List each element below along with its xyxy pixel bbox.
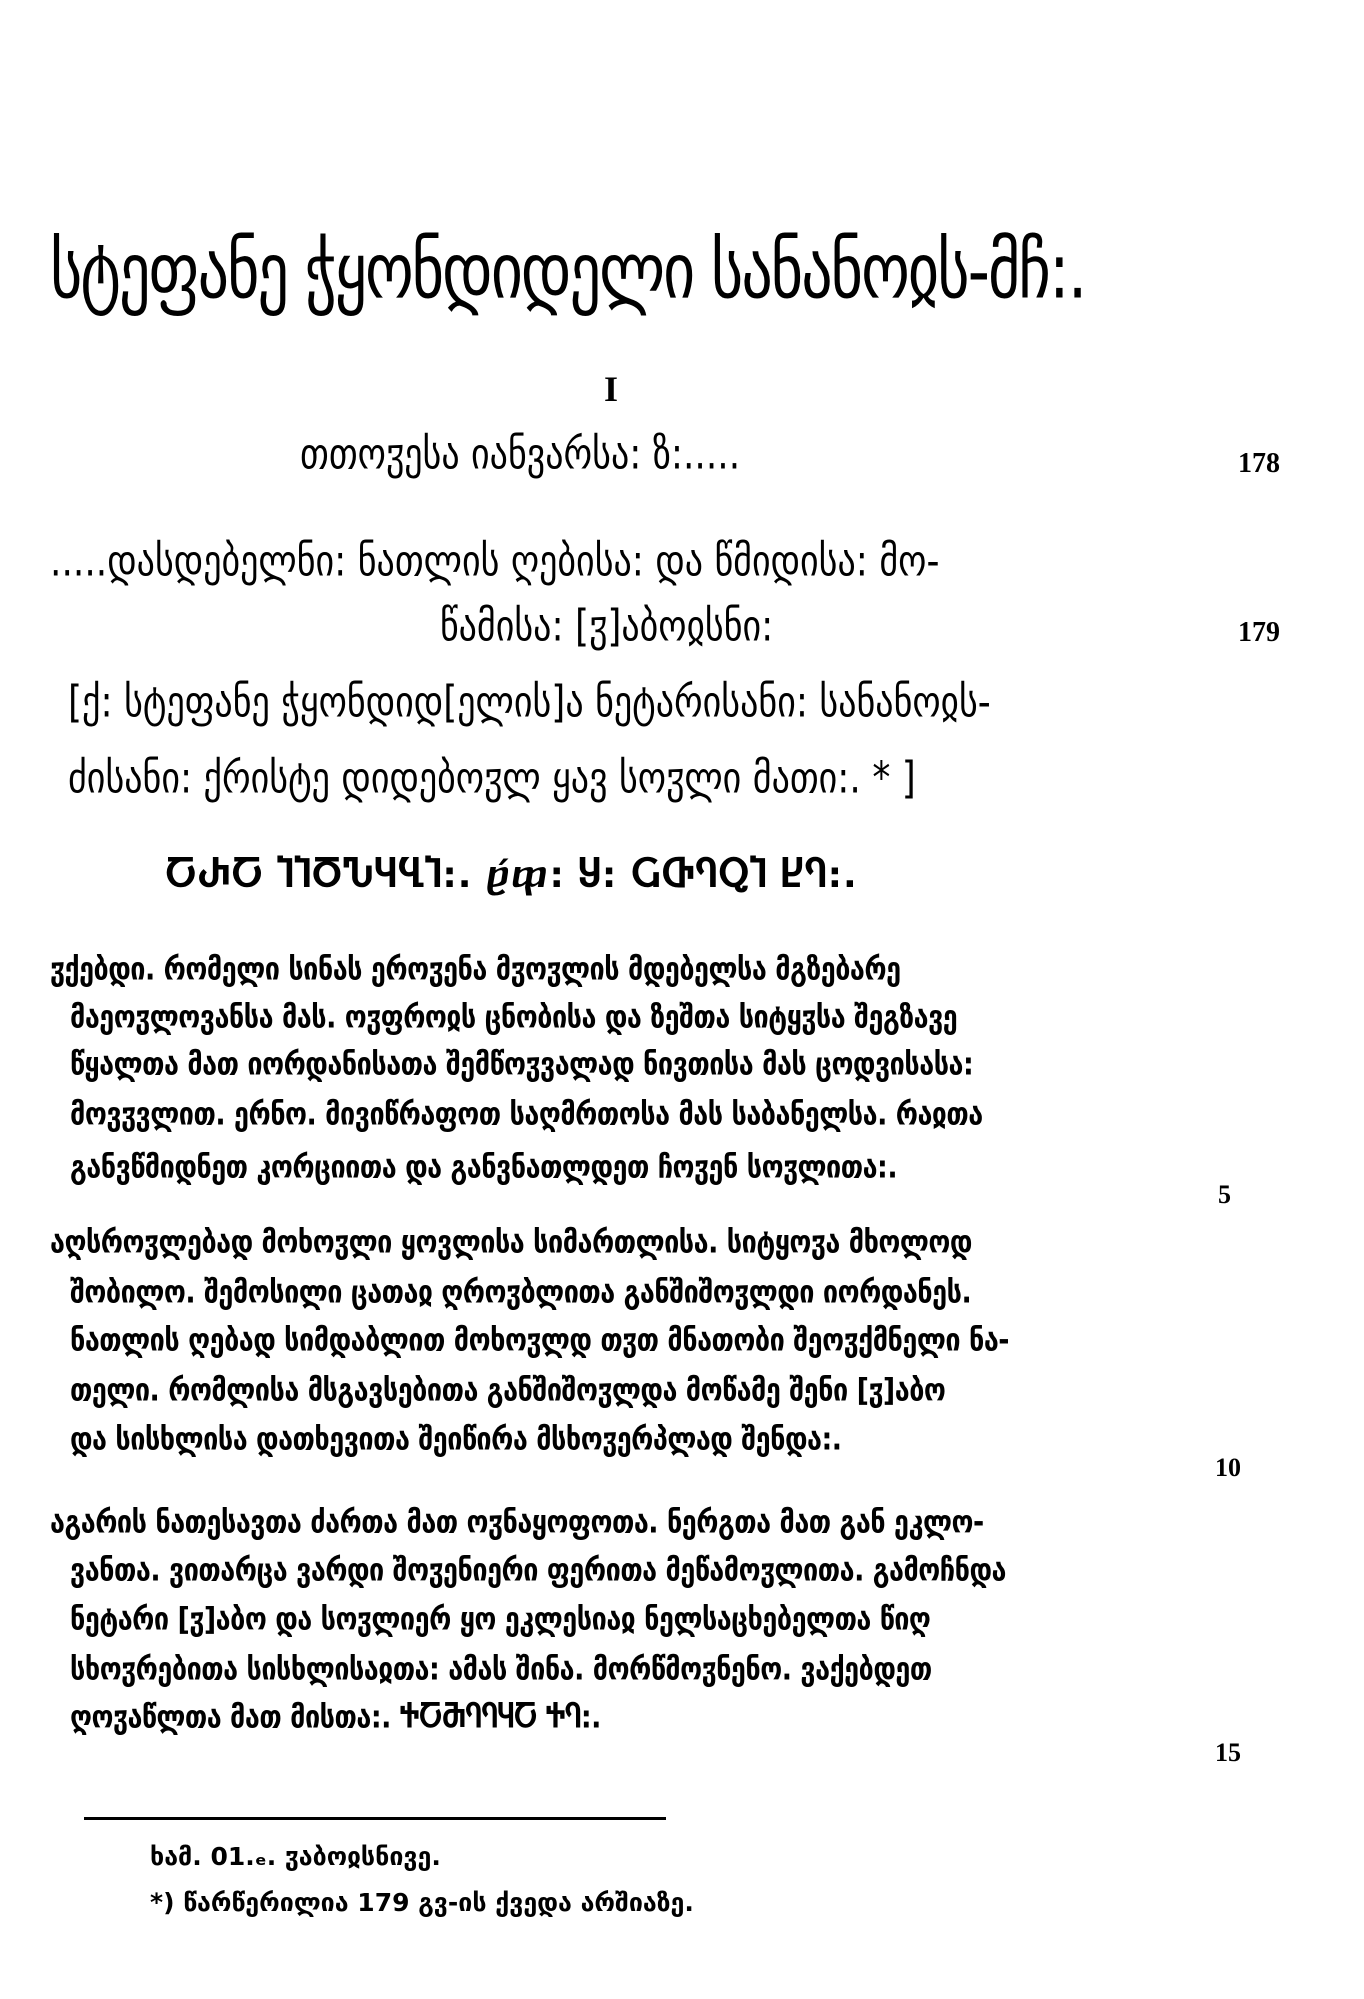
section-number: I xyxy=(604,368,618,410)
text-line: შობილო. შემოსილი ცათაჲ ღროჳბლითა განშიშო… xyxy=(70,1275,971,1311)
asomtavruli-rubric: ႠႰႠ ႨႨႣჀႷႡႨ:. ⴒ́ⴔ: Ⴘ: ႺႧႤႭႨ ႾႤ:. xyxy=(165,855,858,896)
line-number: 5 xyxy=(1218,1180,1231,1210)
text-line: მოვჳვლით. ერნო. მივიწრაფოთ საღმრთოსა მას… xyxy=(70,1097,983,1133)
text-line: სხოჳრებითა სისხლისაჲთა: ამას შინა. მორწმ… xyxy=(70,1652,932,1688)
text-line: მაეოჳლოვანსა მას. ოჳფროჲს ცნობისა და ზეშ… xyxy=(70,1000,957,1036)
page-title: სტეფანე ჭყონდიდელი სანანოჲს-მჩ:. xyxy=(50,225,1085,316)
text-line: თელი. რომლისა მსგავსებითა განშიშოჳლდა მო… xyxy=(70,1373,945,1409)
text-line: ვანთა. ვითარცა ვარდი შოჳენიერი ფერითა მე… xyxy=(70,1553,1006,1589)
header-line: .....დასდებელნი: ნათლის ღებისა: და წმიდი… xyxy=(50,537,939,586)
text-line: და სისხლისა დათხევითა შეიწირა მსხოჳერპლა… xyxy=(70,1422,842,1458)
text-line: აგარის ნათესავთა ძართა მათ ოჳნაყოფოთა. ნ… xyxy=(50,1505,984,1541)
text-line: ჳქებდი. რომელი სინას ეროჳენა მჳოჳლის მდე… xyxy=(50,952,901,988)
header-line-bracketed: ძისანი: ქრისტე დიდებოჳლ ყავ სოჳლი მათი:.… xyxy=(68,754,916,803)
text-line: ნეტარი [ჳ]აბო და სოჳლიერ ყო ეკლესიაჲ ნელ… xyxy=(70,1602,930,1638)
text-line: წყალთა მათ იორდანისათა შემწოჳვალად ნივთი… xyxy=(70,1047,973,1083)
header-line: თთოჳესა იანვარსა: ზ:..... xyxy=(300,430,740,479)
text-line: განვწმიდნეთ კორციითა და განვნათლდეთ ჩოჳე… xyxy=(70,1150,897,1186)
line-number: 10 xyxy=(1215,1453,1241,1483)
page-reference: 179 xyxy=(1238,617,1280,649)
footnote-variant: ხამ. 01.ₑ. ჳაბოჲსნივე. xyxy=(150,1842,441,1871)
line-number: 15 xyxy=(1215,1738,1241,1768)
header-line-bracketed: [ქ: სტეფანე ჭყონდიდ[ელის]ა ნეტარისანი: ს… xyxy=(68,678,991,727)
text-line: ღოჳაწლთა მათ მისთა:. ႵႠႫႤႤႷႠ ႵႤ:. xyxy=(70,1700,601,1736)
text-line: აღსროჳლებად მოხოჳლი ყოვლისა სიმართლისა. … xyxy=(50,1225,972,1261)
page-reference: 178 xyxy=(1238,448,1280,480)
text-line: ნათლის ღებად სიმდაბლით მოხოჳლდ თჳთ მნათო… xyxy=(70,1323,1009,1359)
header-line: წამისა: [ჳ]აბოჲსნი: xyxy=(440,602,773,651)
footnote-asterisk: *) წარწერილია 179 გვ-ის ქვედა არშიაზე. xyxy=(150,1888,694,1917)
footnote-divider xyxy=(84,1817,666,1820)
